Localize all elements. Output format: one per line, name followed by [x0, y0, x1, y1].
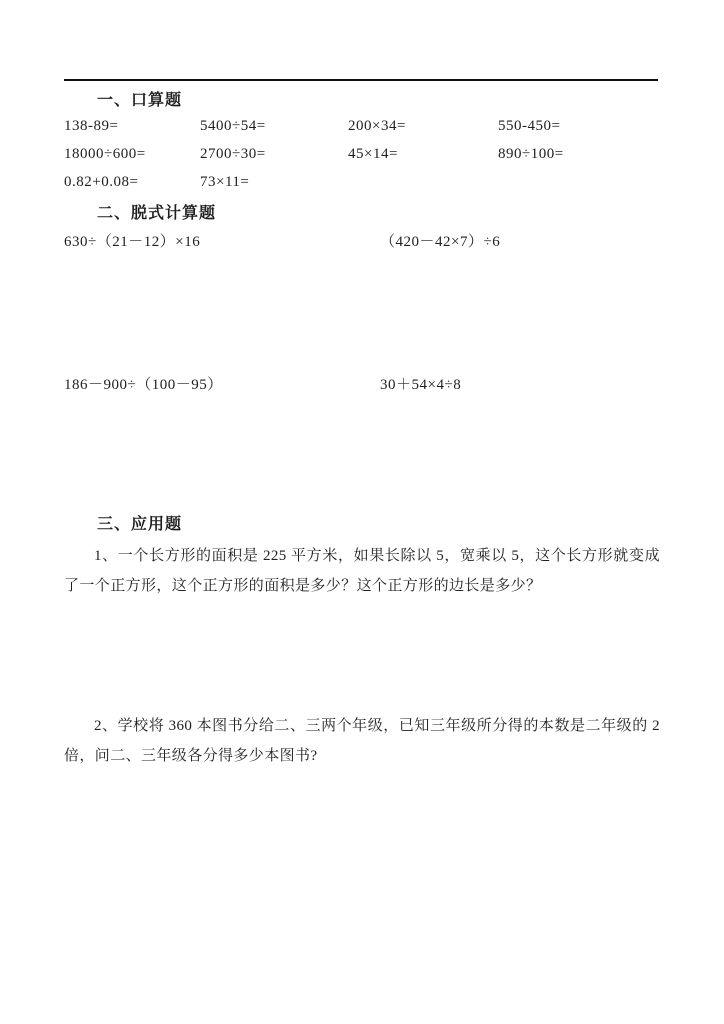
- math-problem: 30＋54×4÷8: [380, 374, 664, 396]
- math-problem: [348, 168, 498, 196]
- top-rule-divider: [64, 79, 658, 81]
- math-problem: 138-89=: [64, 112, 200, 140]
- stepwise-problems-row: 630÷（21－12）×16 （420－42×7）÷6: [64, 231, 664, 253]
- word-problem: 2、学校将 360 本图书分给二、三两个年级，已知三年级所分得的本数是二年级的 …: [64, 712, 660, 771]
- math-problem: （420－42×7）÷6: [380, 231, 664, 253]
- math-problem: 890÷100=: [498, 140, 664, 168]
- section-heading-oral-calculation: 一、口算题: [97, 90, 182, 112]
- oral-problems-grid: 138-89= 5400÷54= 200×34= 550-450= 18000÷…: [64, 112, 664, 196]
- worksheet-page: 一、口算题 138-89= 5400÷54= 200×34= 550-450= …: [0, 0, 724, 1024]
- stepwise-problems-row: 186－900÷（100－95） 30＋54×4÷8: [64, 374, 664, 396]
- math-problem: 0.82+0.08=: [64, 168, 200, 196]
- math-problem: 200×34=: [348, 112, 498, 140]
- math-problem: 5400÷54=: [200, 112, 348, 140]
- word-problem: 1、一个长方形的面积是 225 平方米，如果长除以 5，宽乘以 5，这个长方形就…: [64, 542, 660, 601]
- math-problem: 630÷（21－12）×16: [64, 231, 380, 253]
- section-heading-word-problems: 三、应用题: [97, 514, 182, 536]
- math-problem: 2700÷30=: [200, 140, 348, 168]
- math-problem: 45×14=: [348, 140, 498, 168]
- math-problem: 550-450=: [498, 112, 664, 140]
- section-heading-stepwise-calculation: 二、脱式计算题: [97, 203, 216, 225]
- math-problem: 186－900÷（100－95）: [64, 374, 380, 396]
- math-problem: [498, 168, 664, 196]
- math-problem: 73×11=: [200, 168, 348, 196]
- math-problem: 18000÷600=: [64, 140, 200, 168]
